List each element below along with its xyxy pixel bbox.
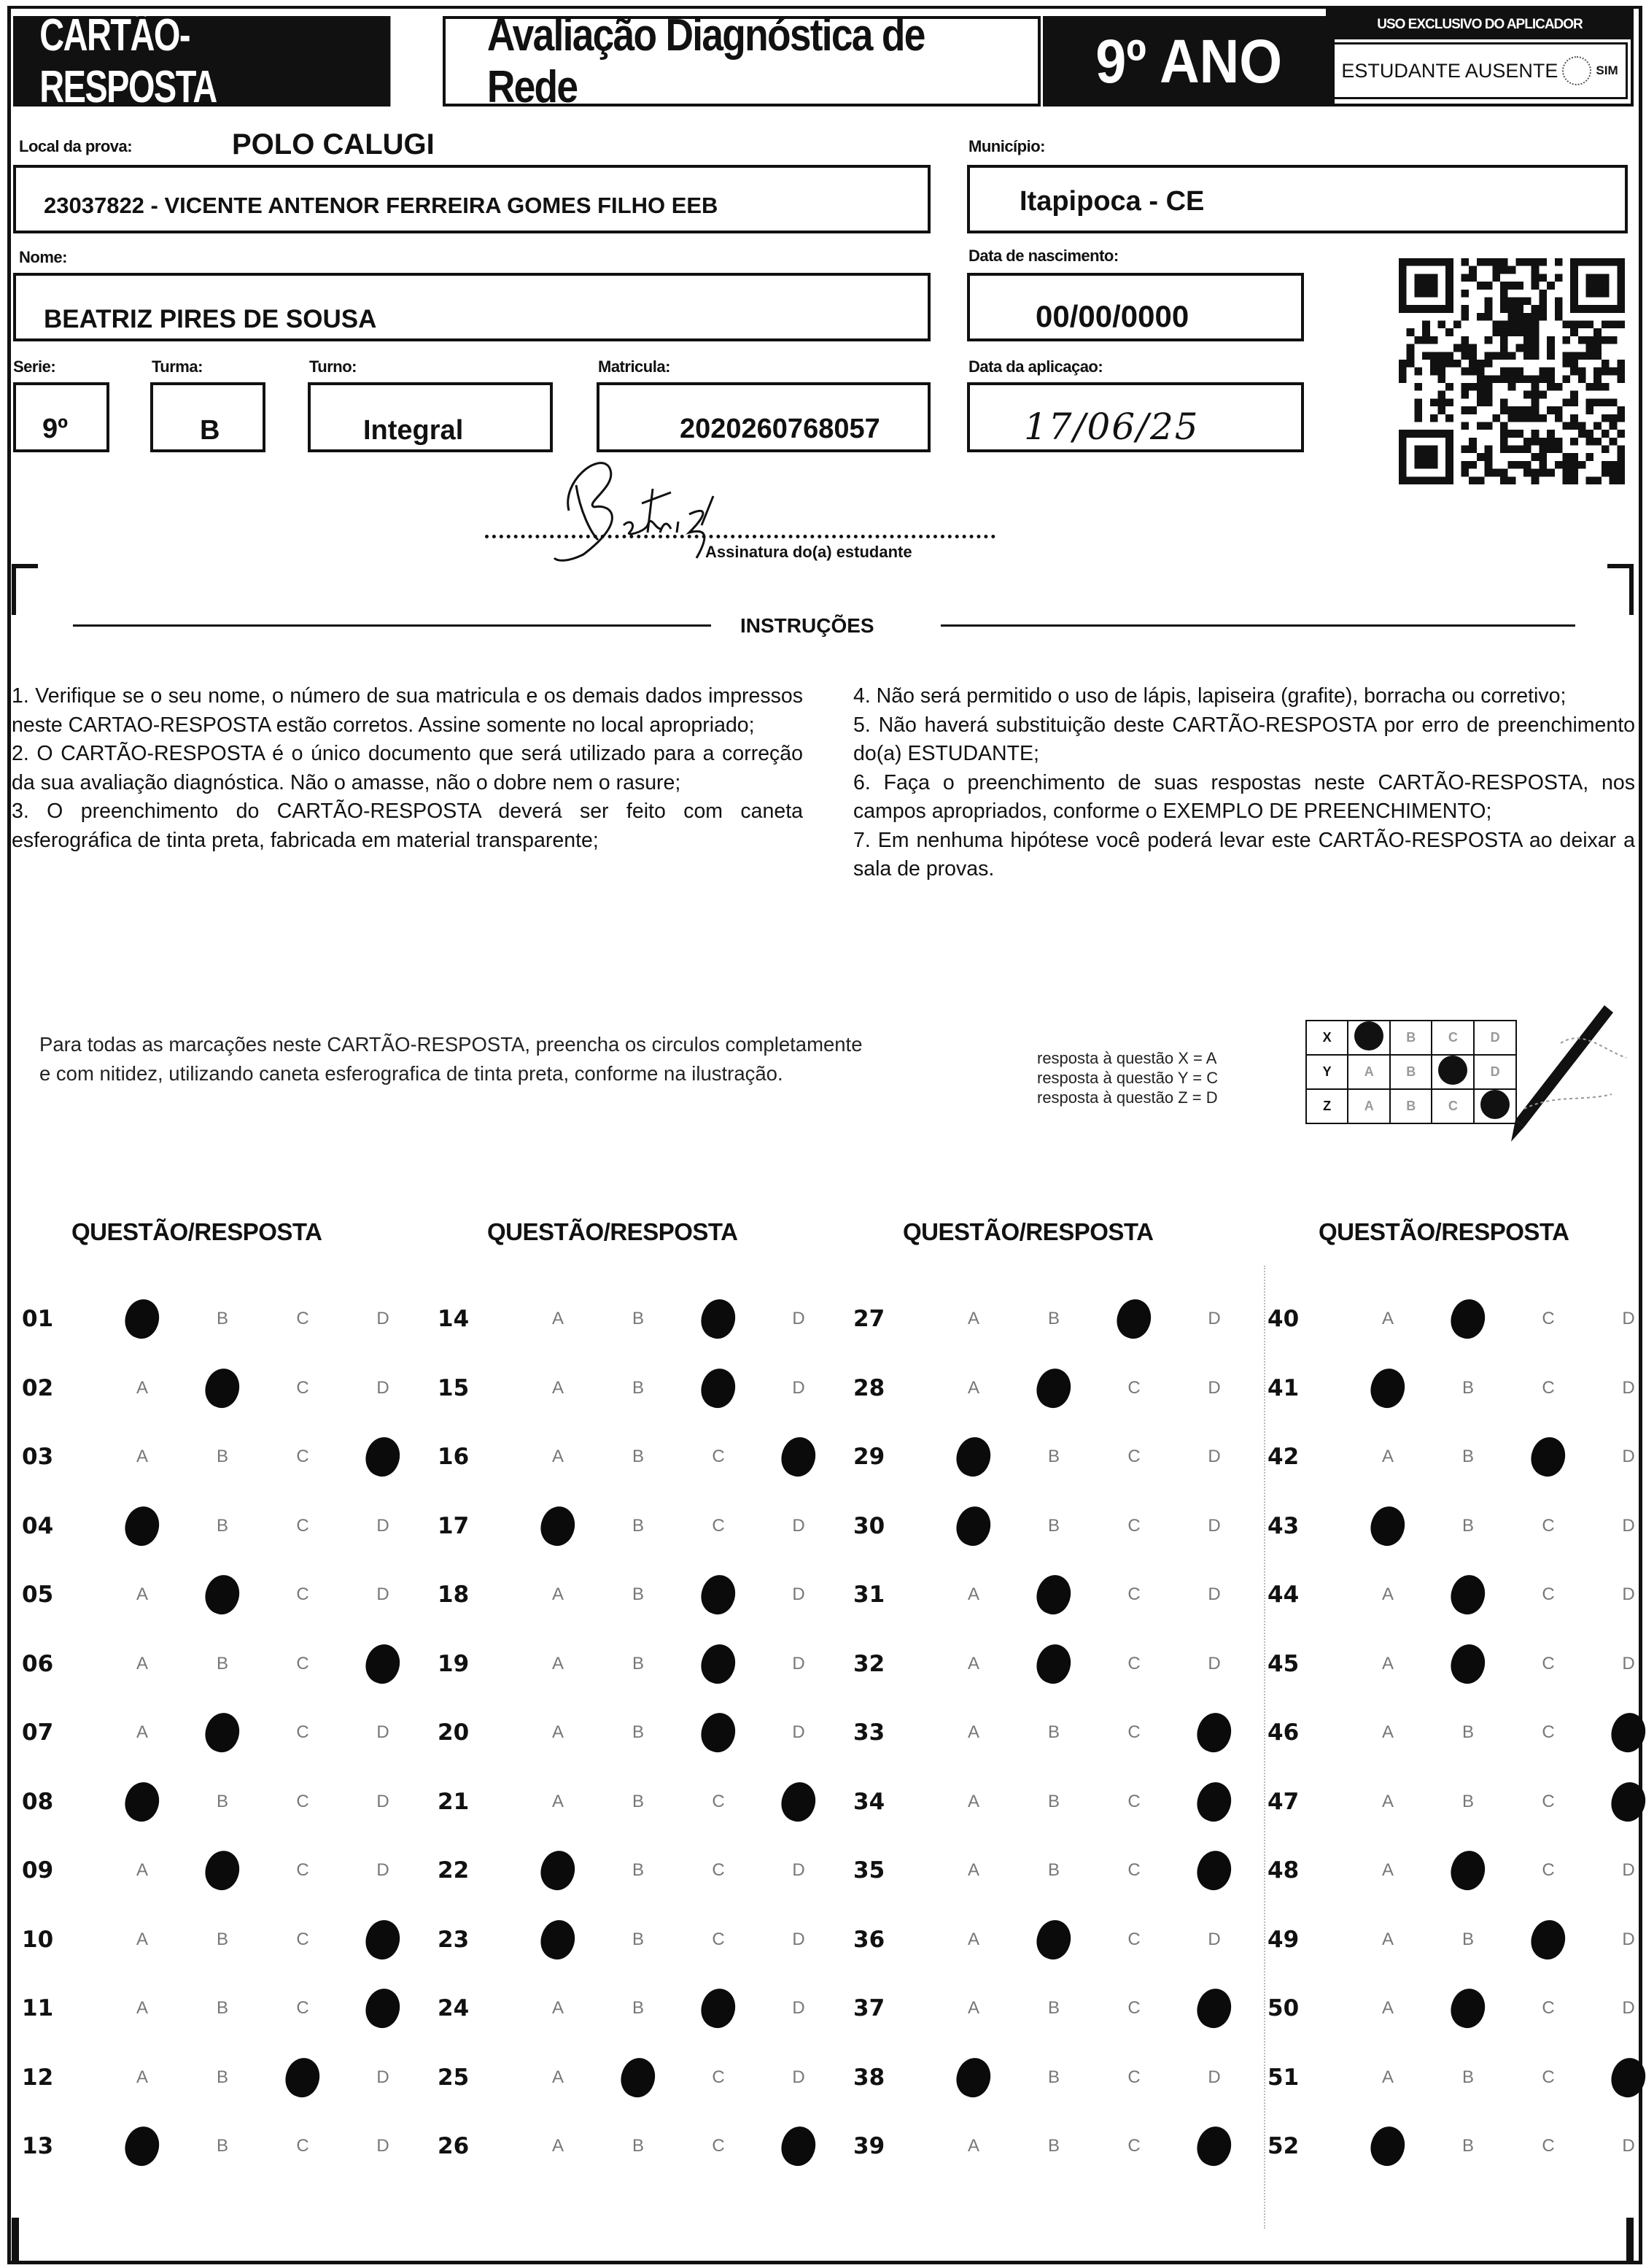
answer-bubble-d[interactable]: D	[1588, 1986, 1646, 2030]
answer-bubble-b[interactable]: B	[598, 1642, 678, 1686]
answer-bubble-c[interactable]: C	[263, 1573, 343, 1617]
answer-bubble-a[interactable]: A	[102, 1504, 182, 1548]
answer-bubble-b[interactable]: B	[182, 1435, 263, 1479]
municipio-label: Município:	[968, 137, 1045, 156]
answer-bubble-b[interactable]: B	[598, 2056, 678, 2099]
answer-bubble-d[interactable]: D	[758, 1986, 839, 2030]
answer-bubble-b[interactable]: B	[1428, 1642, 1508, 1686]
pen-illustration-icon	[1480, 999, 1641, 1160]
answer-bubble-d[interactable]: D	[1174, 1642, 1254, 1686]
question-row: 33ABCD	[853, 1711, 1254, 1754]
answer-bubble-a[interactable]: A	[933, 1297, 1014, 1341]
answer-bubble-d[interactable]: D	[1588, 2056, 1646, 2099]
answer-bubble-a[interactable]: A	[933, 1435, 1014, 1479]
answer-bubble-a[interactable]: A	[102, 1573, 182, 1617]
example-empty-bubble: B	[1390, 1089, 1432, 1123]
answer-bubble-c[interactable]: C	[263, 2124, 343, 2168]
answer-bubble-a[interactable]: A	[518, 1918, 598, 1962]
signature-line	[485, 535, 995, 538]
question-row: 21ABCD	[438, 1780, 839, 1824]
answer-bubble-d[interactable]: D	[343, 1986, 423, 2030]
frame-mark-right	[1626, 2218, 1634, 2261]
question-number: 36	[853, 1927, 933, 1953]
question-row: 12ABCD	[22, 2056, 423, 2099]
answer-bubble-a[interactable]: A	[518, 1504, 598, 1548]
municipio-field: Itapipoca - CE	[967, 165, 1628, 233]
answer-bubble-d[interactable]: D	[343, 1573, 423, 1617]
question-row: 16ABCD	[438, 1435, 839, 1479]
answer-bubble-c[interactable]: C	[678, 1504, 758, 1548]
answer-bubble-b[interactable]: B	[182, 1504, 263, 1548]
answer-bubble-b[interactable]: B	[598, 1849, 678, 1892]
answer-bubble-b[interactable]: B	[1014, 1504, 1094, 1548]
question-row: 35ABCD	[853, 1849, 1254, 1892]
question-row: 52ABCD	[1268, 2124, 1646, 2168]
answer-bubble-c[interactable]: C	[263, 1297, 343, 1341]
answer-bubble-d[interactable]: D	[343, 1849, 423, 1892]
question-row: 01ABCD	[22, 1297, 423, 1341]
answer-bubble-d[interactable]: D	[1588, 1504, 1646, 1548]
answer-bubble-c[interactable]: C	[1094, 1297, 1174, 1341]
question-number: 43	[1268, 1513, 1348, 1539]
question-row: 32ABCD	[853, 1642, 1254, 1686]
answer-bubble-c[interactable]: C	[1508, 1642, 1588, 1686]
question-number: 42	[1268, 1444, 1348, 1470]
answer-bubble-a[interactable]: A	[102, 1918, 182, 1962]
nascimento-field: 00/00/0000	[967, 273, 1304, 341]
municipio-value: Itapipoca - CE	[1020, 186, 1204, 217]
answer-bubble-a[interactable]: A	[1348, 1986, 1428, 2030]
answer-bubble-d[interactable]: D	[758, 1504, 839, 1548]
answer-bubble-d[interactable]: D	[758, 1573, 839, 1617]
answer-bubble-b[interactable]: B	[598, 1918, 678, 1962]
answer-bubble-d[interactable]: D	[1588, 1849, 1646, 1892]
answer-bubble-c[interactable]: C	[263, 1366, 343, 1410]
question-row: 47ABCD	[1268, 1780, 1646, 1824]
answer-bubble-b[interactable]: B	[1014, 2056, 1094, 2099]
answer-bubble-c[interactable]: C	[1094, 1849, 1174, 1892]
answer-bubble-d[interactable]: D	[343, 1435, 423, 1479]
answer-bubble-b[interactable]: B	[1014, 1642, 1094, 1686]
answer-bubble-d[interactable]: D	[343, 1918, 423, 1962]
answer-bubble-c[interactable]: C	[1094, 2124, 1174, 2168]
answer-bubble-a[interactable]: A	[933, 1986, 1014, 2030]
answer-bubble-c[interactable]: C	[678, 1366, 758, 1410]
answer-bubble-c[interactable]: C	[678, 1435, 758, 1479]
answer-bubble-b[interactable]: B	[182, 1642, 263, 1686]
answer-bubble-c[interactable]: C	[1094, 1435, 1174, 1479]
question-number: 35	[853, 1857, 933, 1884]
answer-bubble-d[interactable]: D	[1588, 1642, 1646, 1686]
answer-bubble-c[interactable]: C	[678, 1849, 758, 1892]
turno-field: Integral	[308, 382, 553, 452]
example-empty-bubble: C	[1432, 1021, 1474, 1055]
answer-bubble-c[interactable]: C	[1508, 1504, 1588, 1548]
answer-bubble-a[interactable]: A	[1348, 1504, 1428, 1548]
answer-bubble-c[interactable]: C	[678, 1297, 758, 1341]
answer-bubble-c[interactable]: C	[678, 2056, 758, 2099]
grid-divider	[1264, 1266, 1265, 2229]
answer-bubble-d[interactable]: D	[1588, 2124, 1646, 2168]
answer-bubble-c[interactable]: C	[263, 1711, 343, 1754]
answer-bubble-c[interactable]: C	[678, 1642, 758, 1686]
answer-bubble-a[interactable]: A	[1348, 1711, 1428, 1754]
instruction-5: 5. Não haverá substituição deste CARTÃO-…	[853, 711, 1635, 769]
matricula-value: 2020260768057	[680, 414, 880, 445]
question-number: 26	[438, 2133, 518, 2159]
question-number: 12	[22, 2064, 102, 2091]
answer-bubble-a[interactable]: A	[1348, 1573, 1428, 1617]
question-number: 08	[22, 1789, 102, 1815]
qr-code	[1399, 258, 1625, 484]
answer-bubble-a[interactable]: A	[102, 1297, 182, 1341]
answer-bubble-c[interactable]: C	[1094, 1918, 1174, 1962]
question-row: 50ABCD	[1268, 1986, 1646, 2030]
question-number: 10	[22, 1927, 102, 1953]
answer-bubble-d[interactable]: D	[1174, 1435, 1254, 1479]
answer-bubble-a[interactable]: A	[102, 1986, 182, 2030]
answer-bubble-b[interactable]: B	[1014, 1986, 1094, 2030]
question-number: 19	[438, 1651, 518, 1677]
answer-bubble-c[interactable]: C	[263, 1504, 343, 1548]
example-question-label: Y	[1306, 1055, 1348, 1089]
answer-bubble-a[interactable]: A	[933, 2056, 1014, 2099]
answer-bubble-b[interactable]: B	[598, 1504, 678, 1548]
question-row: 45ABCD	[1268, 1642, 1646, 1686]
answer-bubble-c[interactable]: C	[263, 1435, 343, 1479]
answer-bubble-b[interactable]: B	[1428, 1297, 1508, 1341]
answer-bubble-a[interactable]: A	[933, 1780, 1014, 1824]
answer-bubble-a[interactable]: A	[102, 1642, 182, 1686]
answer-bubble-b[interactable]: B	[598, 1780, 678, 1824]
answer-bubble-d[interactable]: D	[758, 1780, 839, 1824]
example-filled-bubble	[1432, 1055, 1474, 1089]
answer-bubble-a[interactable]: A	[518, 2056, 598, 2099]
answer-bubble-d[interactable]: D	[758, 1642, 839, 1686]
answer-bubble-b[interactable]: B	[182, 1711, 263, 1754]
answer-bubble-b[interactable]: B	[1428, 2124, 1508, 2168]
answer-bubble-b[interactable]: B	[182, 1297, 263, 1341]
answer-bubble-d[interactable]: D	[758, 1435, 839, 1479]
answer-bubble-b[interactable]: B	[1014, 1918, 1094, 1962]
answer-bubble-b[interactable]: B	[598, 1435, 678, 1479]
answer-bubble-c[interactable]: C	[1508, 1435, 1588, 1479]
answer-bubble-b[interactable]: B	[1428, 1986, 1508, 2030]
turno-label: Turno:	[309, 357, 357, 376]
question-row: 42ABCD	[1268, 1435, 1646, 1479]
answer-bubble-a[interactable]: A	[1348, 1780, 1428, 1824]
answer-bubble-a[interactable]: A	[102, 1711, 182, 1754]
question-row: 31ABCD	[853, 1573, 1254, 1617]
answer-bubble-d[interactable]: D	[1174, 1918, 1254, 1962]
question-row: 14ABCD	[438, 1297, 839, 1341]
answer-bubble-d[interactable]: D	[1174, 1849, 1254, 1892]
answer-bubble-c[interactable]: C	[1508, 1780, 1588, 1824]
grade-text: 9º ANO	[1095, 26, 1282, 97]
question-row: 22ABCD	[438, 1849, 839, 1892]
answer-bubble-b[interactable]: B	[182, 1366, 263, 1410]
answer-bubble-d[interactable]: D	[1174, 1504, 1254, 1548]
answer-bubble-d[interactable]: D	[1174, 2056, 1254, 2099]
answer-bubble-b[interactable]: B	[598, 1711, 678, 1754]
turma-label: Turma:	[152, 357, 203, 376]
answer-bubble-a[interactable]: A	[933, 1849, 1014, 1892]
answer-bubble-c[interactable]: C	[1094, 1366, 1174, 1410]
answer-bubble-a[interactable]: A	[933, 1918, 1014, 1962]
answer-bubble-d[interactable]: D	[1174, 1573, 1254, 1617]
answer-bubble-a[interactable]: A	[1348, 1849, 1428, 1892]
answer-bubble-d[interactable]: D	[343, 1366, 423, 1410]
answer-bubble-a[interactable]: A	[102, 1780, 182, 1824]
answer-bubble-c[interactable]: C	[263, 1780, 343, 1824]
answer-bubble-d[interactable]: D	[1174, 1366, 1254, 1410]
question-row: 43ABCD	[1268, 1504, 1646, 1548]
answer-bubble-a[interactable]: A	[518, 1297, 598, 1341]
answer-bubble-c[interactable]: C	[678, 1986, 758, 2030]
answer-bubble-b[interactable]: B	[1428, 2056, 1508, 2099]
answer-bubble-d[interactable]: D	[758, 1297, 839, 1341]
question-row: 30ABCD	[853, 1504, 1254, 1548]
answer-bubble-a[interactable]: A	[518, 1642, 598, 1686]
applicator-box: USO EXCLUSIVO DO APLICADOR ESTUDANTE AUS…	[1326, 7, 1634, 107]
answer-bubble-a[interactable]: A	[1348, 2124, 1428, 2168]
question-number: 05	[22, 1582, 102, 1608]
answer-bubble-a[interactable]: A	[1348, 2056, 1428, 2099]
question-row: 39ABCD	[853, 2124, 1254, 2168]
question-number: 15	[438, 1375, 518, 1401]
answer-bubble-d[interactable]: D	[758, 1366, 839, 1410]
answer-bubble-b[interactable]: B	[1428, 1780, 1508, 1824]
answer-bubble-d[interactable]: D	[758, 2056, 839, 2099]
question-row: 13ABCD	[22, 2124, 423, 2168]
answer-bubble-b[interactable]: B	[598, 1986, 678, 2030]
answer-bubble-d[interactable]: D	[1174, 1986, 1254, 2030]
answer-bubble-c[interactable]: C	[1508, 2056, 1588, 2099]
answer-bubble-d[interactable]: D	[758, 1849, 839, 1892]
question-row: 03ABCD	[22, 1435, 423, 1479]
answer-bubble-d[interactable]: D	[1174, 2124, 1254, 2168]
answer-bubble-d[interactable]: D	[343, 2124, 423, 2168]
answer-bubble-b[interactable]: B	[182, 1780, 263, 1824]
answer-bubble-b[interactable]: B	[1014, 1573, 1094, 1617]
answer-bubble-c[interactable]: C	[1094, 1780, 1174, 1824]
question-number: 37	[853, 1995, 933, 2021]
answer-bubble-c[interactable]: C	[263, 2056, 343, 2099]
answer-bubble-a[interactable]: A	[518, 1435, 598, 1479]
nome-value: BEATRIZ PIRES DE SOUSA	[44, 305, 376, 334]
answer-bubble-c[interactable]: C	[263, 1918, 343, 1962]
question-row: 51ABCD	[1268, 2056, 1646, 2099]
question-row: 02ABCD	[22, 1366, 423, 1410]
question-row: 44ABCD	[1268, 1573, 1646, 1617]
answer-bubble-c[interactable]: C	[678, 2124, 758, 2168]
serie-label: Serie:	[13, 357, 55, 376]
question-row: 20ABCD	[438, 1711, 839, 1754]
answer-bubble-a[interactable]: A	[518, 1711, 598, 1754]
answer-bubble-d[interactable]: D	[1174, 1297, 1254, 1341]
answer-bubble-b[interactable]: B	[598, 2124, 678, 2168]
answer-bubble-b[interactable]: B	[182, 2056, 263, 2099]
answer-bubble-d[interactable]: D	[1588, 1297, 1646, 1341]
answer-bubble-d[interactable]: D	[343, 2056, 423, 2099]
answer-bubble-d[interactable]: D	[1588, 1918, 1646, 1962]
answer-bubble-c[interactable]: C	[678, 1711, 758, 1754]
answer-bubble-c[interactable]: C	[1094, 1711, 1174, 1754]
answer-bubble-a[interactable]: A	[1348, 1918, 1428, 1962]
answer-bubble-a[interactable]: A	[933, 1573, 1014, 1617]
question-number: 24	[438, 1995, 518, 2021]
sheet-title: CARTÃO-RESPOSTA	[13, 16, 390, 107]
example-legend-z: resposta à questão Z = D	[1037, 1088, 1218, 1107]
answer-bubble-d[interactable]: D	[343, 1711, 423, 1754]
question-number: 38	[853, 2064, 933, 2091]
answer-bubble-b[interactable]: B	[1428, 1435, 1508, 1479]
frame-corner-left	[12, 564, 38, 615]
answer-bubble-d[interactable]: D	[1174, 1780, 1254, 1824]
answer-bubble-c[interactable]: C	[1508, 1573, 1588, 1617]
answer-bubble-d[interactable]: D	[343, 1780, 423, 1824]
question-number: 32	[853, 1651, 933, 1677]
answer-bubble-b[interactable]: B	[182, 1849, 263, 1892]
answer-bubble-d[interactable]: D	[1588, 1711, 1646, 1754]
question-row: 25ABCD	[438, 2056, 839, 2099]
answer-bubble-a[interactable]: A	[518, 1573, 598, 1617]
answer-bubble-a[interactable]: A	[518, 1366, 598, 1410]
answer-bubble-d[interactable]: D	[758, 1918, 839, 1962]
answer-bubble-a[interactable]: A	[933, 1711, 1014, 1754]
question-row: 41ABCD	[1268, 1366, 1646, 1410]
question-number: 49	[1268, 1927, 1348, 1953]
answer-bubble-a[interactable]: A	[102, 1435, 182, 1479]
answer-bubble-a[interactable]: A	[518, 1986, 598, 2030]
answer-bubble-b[interactable]: B	[1014, 2124, 1094, 2168]
answer-bubble-d[interactable]: D	[1588, 1366, 1646, 1410]
answer-bubble-d[interactable]: D	[1174, 1711, 1254, 1754]
answer-bubble-b[interactable]: B	[1014, 1435, 1094, 1479]
answer-bubble-b[interactable]: B	[1428, 1573, 1508, 1617]
instruction-3: 3. O preenchimento do CARTÃO-RESPOSTA de…	[12, 797, 803, 855]
answer-bubble-b[interactable]: B	[182, 1986, 263, 2030]
answer-bubble-a[interactable]: A	[1348, 1642, 1428, 1686]
answer-bubble-d[interactable]: D	[1588, 1780, 1646, 1824]
answer-bubble-a[interactable]: A	[518, 1849, 598, 1892]
question-row: 17ABCD	[438, 1504, 839, 1548]
answer-bubble-b[interactable]: B	[1428, 1918, 1508, 1962]
question-number: 14	[438, 1306, 518, 1332]
grade-badge: 9º ANO	[1043, 16, 1335, 107]
question-row: 09ABCD	[22, 1849, 423, 1892]
answer-bubble-c[interactable]: C	[263, 1986, 343, 2030]
answer-bubble-a[interactable]: A	[518, 2124, 598, 2168]
answer-bubble-c[interactable]: C	[1508, 1711, 1588, 1754]
answer-bubble-d[interactable]: D	[758, 1711, 839, 1754]
nome-label: Nome:	[19, 248, 67, 267]
answer-bubble-a[interactable]: A	[102, 2056, 182, 2099]
answer-bubble-a[interactable]: A	[933, 2124, 1014, 2168]
answer-bubble-a[interactable]: A	[1348, 1297, 1428, 1341]
answer-bubble-c[interactable]: C	[1094, 1986, 1174, 2030]
answer-bubble-d[interactable]: D	[1588, 1435, 1646, 1479]
question-number: 51	[1268, 2064, 1348, 2091]
answer-bubble-c[interactable]: C	[1094, 1504, 1174, 1548]
answer-bubble-c[interactable]: C	[1508, 1918, 1588, 1962]
answer-bubble-c[interactable]: C	[678, 1918, 758, 1962]
absent-bubble[interactable]	[1562, 56, 1591, 85]
answer-bubble-c[interactable]: C	[1508, 1366, 1588, 1410]
instruction-1: 1. Verifique se o seu nome, o número de …	[12, 682, 803, 740]
answer-bubble-a[interactable]: A	[933, 1504, 1014, 1548]
answer-bubble-c[interactable]: C	[1508, 1297, 1588, 1341]
answer-bubble-b[interactable]: B	[598, 1366, 678, 1410]
answer-bubble-c[interactable]: C	[1094, 1642, 1174, 1686]
answer-bubble-b[interactable]: B	[1014, 1711, 1094, 1754]
answer-bubble-c[interactable]: C	[263, 1849, 343, 1892]
question-row: 28ABCD	[853, 1366, 1254, 1410]
answer-bubble-a[interactable]: A	[1348, 1435, 1428, 1479]
question-number: 21	[438, 1789, 518, 1815]
question-row: 10ABCD	[22, 1918, 423, 1962]
answer-bubble-c[interactable]: C	[1094, 1573, 1174, 1617]
answer-bubble-a[interactable]: A	[933, 1642, 1014, 1686]
answer-bubble-c[interactable]: C	[263, 1642, 343, 1686]
question-row: 06ABCD	[22, 1642, 423, 1686]
answer-bubble-b[interactable]: B	[1014, 1366, 1094, 1410]
answer-bubble-d[interactable]: D	[343, 1642, 423, 1686]
answer-bubble-a[interactable]: A	[518, 1780, 598, 1824]
answer-bubble-a[interactable]: A	[102, 2124, 182, 2168]
instruction-6: 6. Faça o preenchimento de suas resposta…	[853, 769, 1635, 827]
answer-bubble-b[interactable]: B	[598, 1573, 678, 1617]
answer-bubble-d[interactable]: D	[343, 1504, 423, 1548]
answer-bubble-d[interactable]: D	[1588, 1573, 1646, 1617]
answer-bubble-c[interactable]: C	[678, 1573, 758, 1617]
answer-bubble-b[interactable]: B	[182, 2124, 263, 2168]
question-number: 40	[1268, 1306, 1348, 1332]
answer-bubble-d[interactable]: D	[343, 1297, 423, 1341]
answer-bubble-b[interactable]: B	[598, 1297, 678, 1341]
example-legend: resposta à questão X = A resposta à ques…	[1037, 1048, 1218, 1107]
answer-bubble-a[interactable]: A	[102, 1366, 182, 1410]
answer-bubble-d[interactable]: D	[758, 2124, 839, 2168]
answer-bubble-a[interactable]: A	[933, 1366, 1014, 1410]
answer-bubble-b[interactable]: B	[1014, 1297, 1094, 1341]
question-row: 48ABCD	[1268, 1849, 1646, 1892]
answer-bubble-c[interactable]: C	[1508, 2124, 1588, 2168]
answer-bubble-c[interactable]: C	[1094, 2056, 1174, 2099]
question-row: 27ABCD	[853, 1297, 1254, 1341]
answer-bubble-c[interactable]: C	[1508, 1849, 1588, 1892]
answer-bubble-a[interactable]: A	[102, 1849, 182, 1892]
answer-bubble-b[interactable]: B	[1428, 1366, 1508, 1410]
question-row: 34ABCD	[853, 1780, 1254, 1824]
answer-bubble-b[interactable]: B	[1014, 1849, 1094, 1892]
example-empty-bubble: A	[1348, 1055, 1390, 1089]
question-row: 18ABCD	[438, 1573, 839, 1617]
exam-title: Avaliação Diagnóstica de Rede	[443, 16, 1041, 107]
local-value: POLO CALUGI	[232, 128, 435, 161]
answer-bubble-c[interactable]: C	[678, 1780, 758, 1824]
question-number: 27	[853, 1306, 933, 1332]
answer-bubble-b[interactable]: B	[1428, 1711, 1508, 1754]
frame-corner-right	[1607, 564, 1634, 615]
answer-bubble-b[interactable]: B	[1014, 1780, 1094, 1824]
answer-bubble-b[interactable]: B	[1428, 1504, 1508, 1548]
answer-bubble-b[interactable]: B	[182, 1573, 263, 1617]
answer-bubble-b[interactable]: B	[182, 1918, 263, 1962]
answer-bubble-c[interactable]: C	[1508, 1986, 1588, 2030]
answer-bubble-b[interactable]: B	[1428, 1849, 1508, 1892]
answer-bubble-a[interactable]: A	[1348, 1366, 1428, 1410]
